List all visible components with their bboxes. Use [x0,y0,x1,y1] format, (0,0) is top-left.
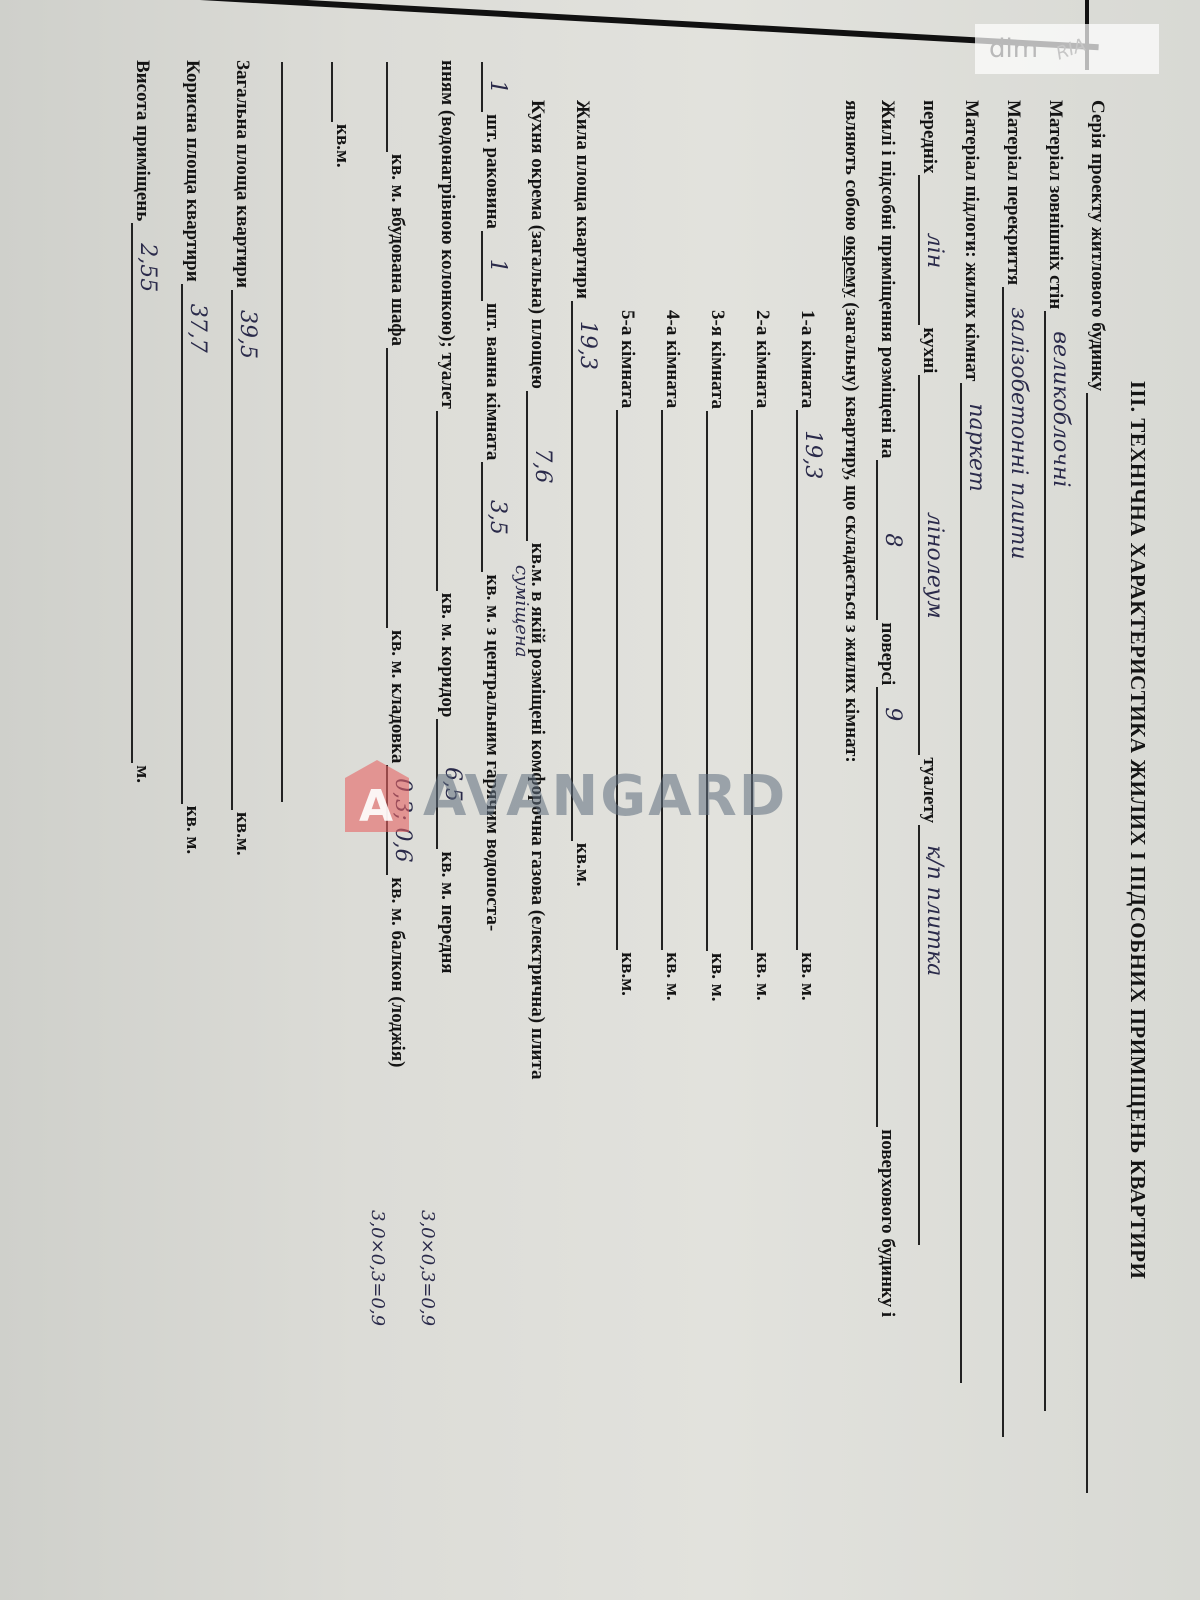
row-total-area: Загальна площа квартири 39,5 кв.м. [231,60,255,856]
room-unit: кв. м. [661,952,683,1000]
row-composition: являють собою окрему (загальну) квартиру… [840,100,862,763]
row-divider [281,60,305,804]
floor-hall-field: лін [918,175,942,325]
room-label: 1-а кімната [796,310,818,408]
row-project-series: Серія проекту житлового будинку [1086,100,1110,1495]
room-unit: кв. м. [751,952,773,1000]
row-useful-area: Корисна площа квартири 37,7 кв. м. [181,60,205,854]
kitchen-area-field: 7,6 [526,391,550,541]
bath-note: суміщена [511,565,532,657]
calc-note-1: 3,0×0,3=0,9 [417,1210,438,1326]
row-toilet-corridor: нням (водонагрівною колонкою); туалет кв… [436,60,460,974]
room-unit: кв. м. [796,952,818,1000]
form-title: ІІІ. ТЕХНІЧНА ХАРАКТЕРИСТИКА ЖИЛИХ І ПІД… [1125,60,1150,1600]
storage-field: 0,3; 0,6 [386,765,410,875]
living-area-field: 19,3 [571,301,595,841]
divider-line [281,62,305,802]
wardrobe-field [386,348,410,628]
floor-kitchen-field: лінолеум [918,375,942,755]
room-label: 2-а кімната [751,310,773,408]
total-area-field: 39,5 [231,290,255,810]
sinks-field: 1 [481,62,505,112]
room-label: 4-а кімната [661,310,683,408]
paper-edge [200,0,1099,50]
calc-note-2: 3,0×0,3=0,9 [367,1210,388,1326]
row-floor-rooms: Матеріал підлоги: жилих кімнат паркет [960,100,984,1385]
closet-front-field [386,62,410,152]
floor-number-field: 8 [876,460,900,620]
room-row: 1-а кімната19,3кв. м. [796,310,820,1001]
project-series-field [1086,393,1110,1493]
useful-area-field: 37,7 [181,284,205,804]
row-living-area: Жила площа квартири 19,3 кв.м. [571,100,595,887]
row-floor-placement: Жилі і підсобні приміщення розміщені на … [876,100,900,1317]
corridor-field: 6,5 [436,719,460,849]
room-row: 4-а кімнатакв. м. [661,310,685,1001]
outer-walls-field: великоблочні [1044,311,1068,1411]
room-row: 3-я кімнатакв. м. [706,310,730,1001]
pieces-field: 1 [481,231,505,301]
ceiling-height-field: 2,55 [131,223,155,763]
row-floor-other: передніх лін кухні лінолеум туалету к/п … [918,100,942,1247]
extra-field [331,62,355,122]
room-area-field [661,410,685,950]
room-area-field [751,410,775,950]
toilet-field [436,411,460,591]
row-sink-bath: 1 шт. раковина 1 шт. ванна кімната 3,5 к… [481,60,505,931]
row-outer-walls: Матеріал зовнішніх стін великоблочні [1044,100,1068,1413]
room-row: 5-а кімнатакв.м. [616,310,640,996]
room-area-field [616,410,640,950]
row-ceiling-height: Висота приміщень 2,55 м. [131,60,155,783]
bath-area-field: 3,5 [481,462,505,572]
floor-rooms-field: паркет [960,383,984,1383]
room-unit: кв. м. [706,953,728,1001]
technical-form: ІІІ. ТЕХНІЧНА ХАРАКТЕРИСТИКА ЖИЛИХ І ПІД… [40,60,1150,1600]
row-extra: кв.м. [331,60,355,168]
row-closet: кв. м. вбудована шафа кв. м. кладовка 0,… [386,60,410,1067]
floor-toilet-field: к/п плитка [918,825,942,1245]
total-floors-field: 9 [876,687,900,1127]
room-label: 3-я кімната [706,310,728,409]
row-ceilings: Матеріал перекриття залізобетонні плити [1002,100,1026,1439]
room-label: 5-а кімната [616,310,638,408]
ceilings-field: залізобетонні плити [1002,287,1026,1437]
room-row: 2-а кімнатакв. м. [751,310,775,1001]
room-area-field [706,411,730,951]
room-area-field: 19,3 [796,410,820,950]
room-unit: кв.м. [616,952,638,996]
